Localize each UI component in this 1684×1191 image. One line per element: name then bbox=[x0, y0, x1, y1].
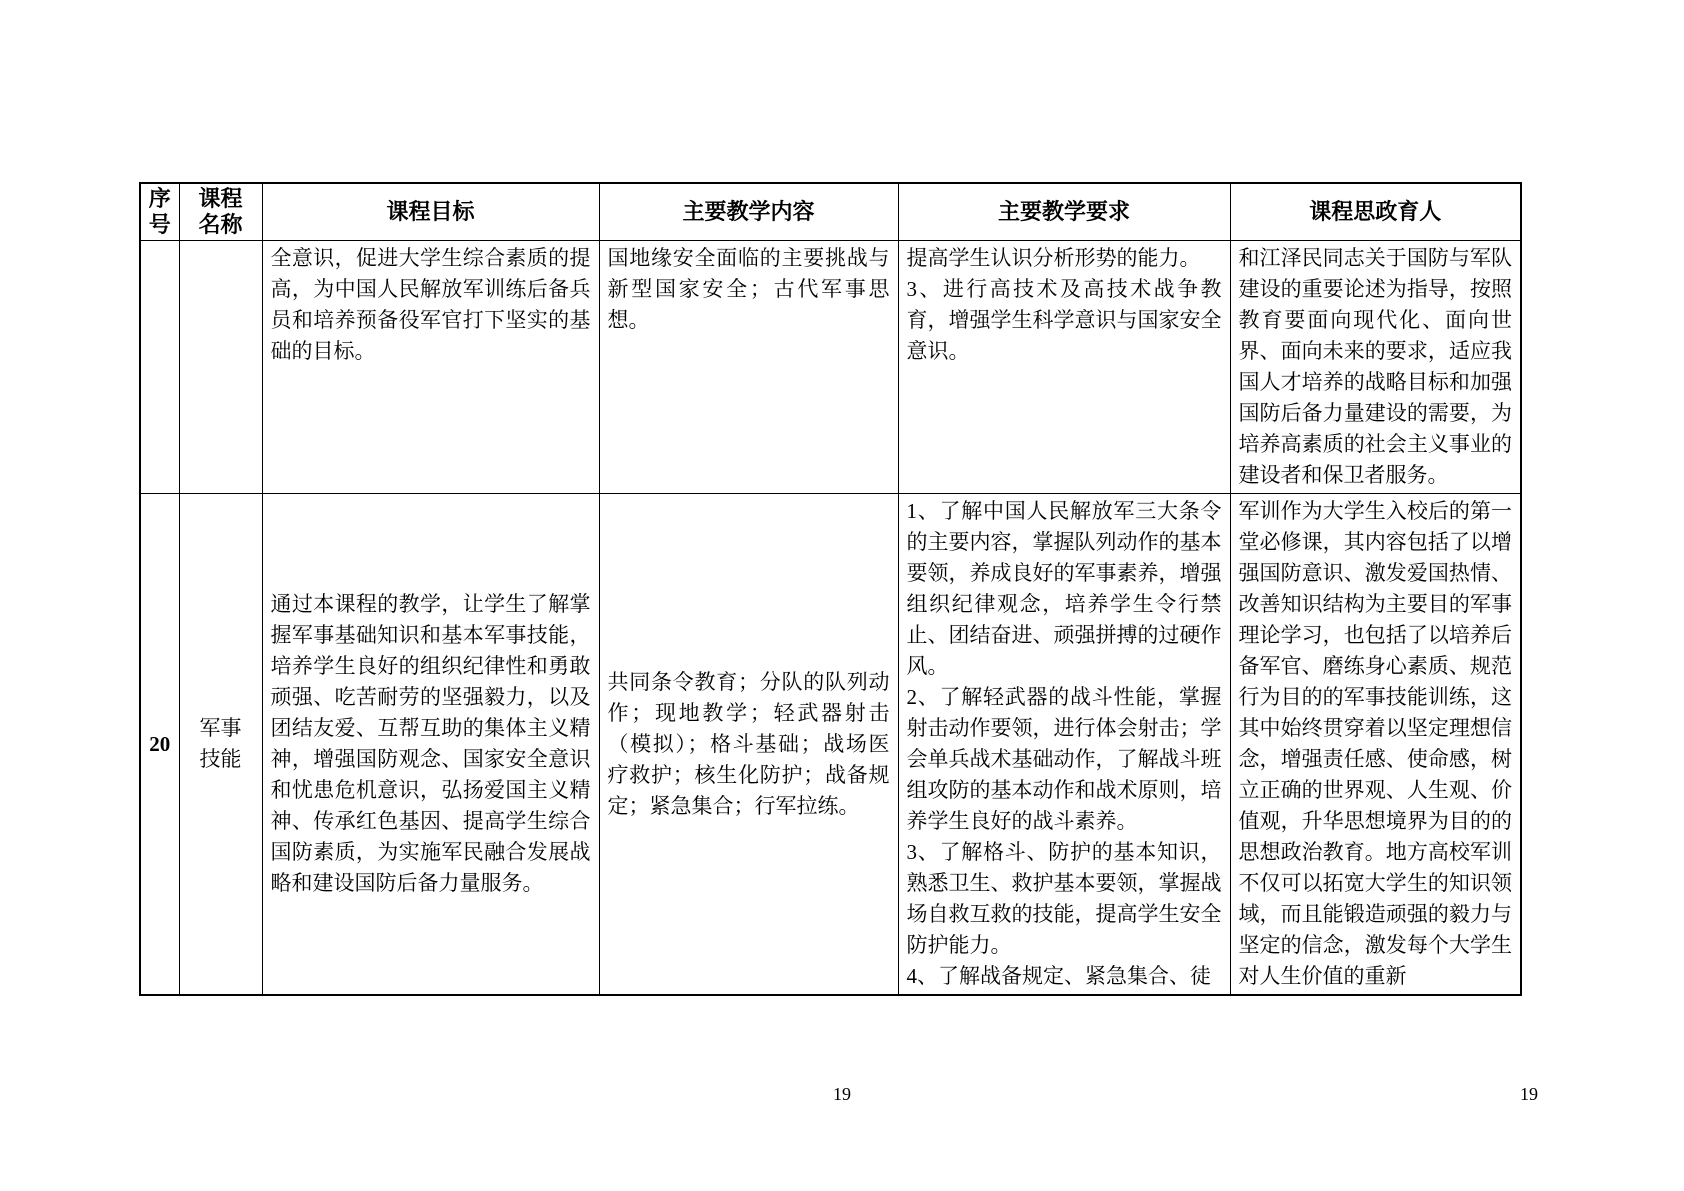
cell-course-name bbox=[179, 241, 262, 494]
course-table: 序 号 课程 名称 课程目标 主要教学内容 主要教学要求 课程思政育人 全意识，… bbox=[139, 182, 1522, 996]
page-number-right: 19 bbox=[1520, 1083, 1538, 1105]
cell-ideology: 军训作为大学生入校后的第一堂必修课，其内容包括了以增强国防意识、激发爱国热情、改… bbox=[1230, 494, 1521, 996]
cell-seq: 20 bbox=[140, 494, 179, 996]
cell-seq bbox=[140, 241, 179, 494]
cell-course-name: 军事 技能 bbox=[179, 494, 262, 996]
table-header-row: 序 号 课程 名称 课程目标 主要教学内容 主要教学要求 课程思政育人 bbox=[140, 183, 1521, 241]
cell-content: 共同条令教育；分队的队列动作；现地教学；轻武器射击（模拟）；格斗基础；战场医疗救… bbox=[599, 494, 898, 996]
cell-content: 国地缘安全面临的主要挑战与新型国家安全；古代军事思想。 bbox=[599, 241, 898, 494]
table-row: 全意识，促进大学生综合素质的提高，为中国人民解放军训练后备兵员和培养预备役军官打… bbox=[140, 241, 1521, 494]
cell-objective: 通过本课程的教学，让学生了解掌握军事基础知识和基本军事技能，培养学生良好的组织纪… bbox=[262, 494, 599, 996]
page-number-center: 19 bbox=[833, 1083, 851, 1105]
cell-requirements: 提高学生认识分析形势的能力。 3、进行高技术及高技术战争教育，增强学生科学意识与… bbox=[898, 241, 1230, 494]
table-row: 20 军事 技能 通过本课程的教学，让学生了解掌握军事基础知识和基本军事技能，培… bbox=[140, 494, 1521, 996]
header-requirements: 主要教学要求 bbox=[898, 183, 1230, 241]
header-content: 主要教学内容 bbox=[599, 183, 898, 241]
document-page: 序 号 课程 名称 课程目标 主要教学内容 主要教学要求 课程思政育人 全意识，… bbox=[0, 0, 1684, 1191]
header-ideology: 课程思政育人 bbox=[1230, 183, 1521, 241]
cell-objective: 全意识，促进大学生综合素质的提高，为中国人民解放军训练后备兵员和培养预备役军官打… bbox=[262, 241, 599, 494]
header-seq: 序 号 bbox=[140, 183, 179, 241]
cell-requirements: 1、了解中国人民解放军三大条令的主要内容，掌握队列动作的基本要领，养成良好的军事… bbox=[898, 494, 1230, 996]
header-course-name: 课程 名称 bbox=[179, 183, 262, 241]
cell-ideology: 和江泽民同志关于国防与军队建设的重要论述为指导，按照教育要面向现代化、面向世界、… bbox=[1230, 241, 1521, 494]
header-objective: 课程目标 bbox=[262, 183, 599, 241]
